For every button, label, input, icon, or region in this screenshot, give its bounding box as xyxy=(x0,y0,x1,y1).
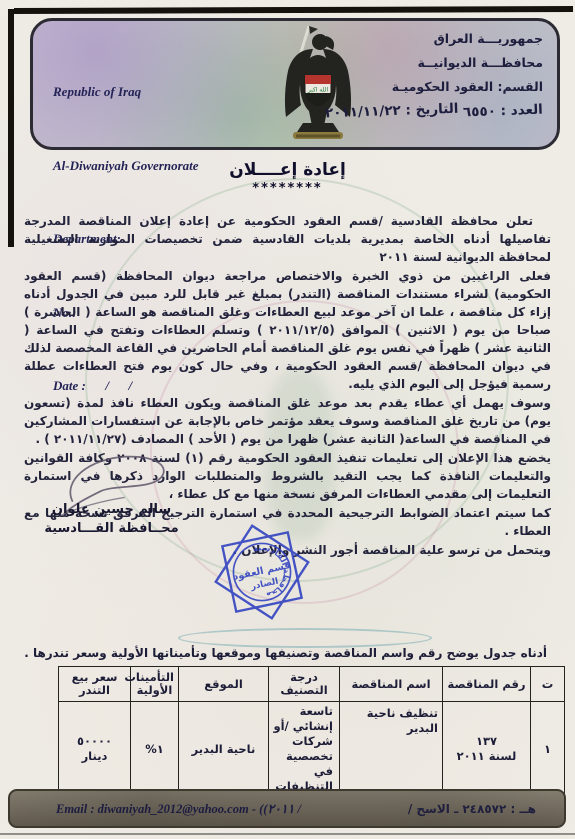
page-title: إعادة إعــــلان xyxy=(0,160,575,180)
body-paragraph: تعلن محافظة القادسية /قسم العقود الحكومي… xyxy=(24,212,551,266)
scan-artifact-bottom-line xyxy=(0,833,575,835)
scan-artifact-top-edge xyxy=(14,6,573,14)
signature-block: سالم حسين علوان محــافظة القـــادسية xyxy=(34,500,189,538)
table-row: ١ ١٣٧ لسنة ٢٠١١ تنظيف ناحية البدير تاسعة… xyxy=(59,702,565,797)
body-paragraph: وسوف يهمل أي عطاء يقدم بعد موعد غلق المن… xyxy=(24,394,551,448)
col-header-seq: ت xyxy=(531,667,565,702)
letterhead-ar-governorate: محافظـــة الديوانيــة xyxy=(325,51,543,75)
table-header-row: ت رقم المناقصة اسم المناقصة درجة التصنيف… xyxy=(59,667,565,702)
scanned-document-page: Republic of Iraq Al-Diwaniyah Governorat… xyxy=(0,0,575,839)
col-header-initial-deposit: التأمينات الأولية xyxy=(131,667,179,702)
cell-initial-deposit: ١% xyxy=(131,702,179,797)
document-number: العدد : ٦٥٥٠ xyxy=(463,98,544,125)
letterhead-arabic: جمهوريـــة العراق محافظـــة الديوانيــة … xyxy=(325,27,543,123)
cell-tender-price: ٥٠٠٠٠ دينار xyxy=(59,702,131,797)
cell-location: ناحية البدير xyxy=(179,702,269,797)
col-header-tender-number: رقم المناقصة xyxy=(443,667,531,702)
signatory-name: سالم حسين علوان xyxy=(34,500,189,519)
col-header-location: الموقع xyxy=(179,667,269,702)
tender-number-value: ١٣٧ xyxy=(447,734,526,749)
scan-artifact-left-edge xyxy=(8,9,14,247)
cell-seq: ١ xyxy=(531,702,565,797)
table-intro-line: أدناه جدول يوضح رقم واسم المناقصة وتصنيف… xyxy=(24,646,547,660)
tenders-table: ت رقم المناقصة اسم المناقصة درجة التصنيف… xyxy=(58,666,565,797)
letterhead-en-republic: Republic of Iraq xyxy=(53,80,199,105)
cell-tender-number: ١٣٧ لسنة ٢٠١١ xyxy=(443,702,531,797)
footer-phone: هــ : ٢٤٨٥٧٢ ـ الاسح / xyxy=(408,802,536,816)
letterhead-ar-republic: جمهوريـــة العراق xyxy=(325,27,543,51)
col-header-tender-name: اسم المناقصة xyxy=(340,667,443,702)
tender-number-year: لسنة ٢٠١١ xyxy=(447,749,526,764)
footer-contact-bar: Email : diwaniyah_2012@yahoo.com - ((٢٠١… xyxy=(8,789,566,828)
letterhead-ar-department: القسم: العقود الحكوميـة xyxy=(325,75,543,99)
title-stars-divider: ******** xyxy=(0,181,575,196)
signatory-title: محــافظة القـــادسية xyxy=(34,519,189,538)
letterhead-box: Republic of Iraq Al-Diwaniyah Governorat… xyxy=(30,18,560,150)
cell-classification: تاسعة إنشائي /أو شركات تخصصية في التنظيف… xyxy=(269,702,340,797)
col-header-classification: درجة التصنيف xyxy=(269,667,340,702)
footer-email: Email : diwaniyah_2012@yahoo.com - ((٢٠١… xyxy=(56,801,301,817)
col-header-tender-price: سعر بيع التندر xyxy=(59,667,131,702)
document-date: التاريخ : ٢٠١١/١١/٢٢ xyxy=(325,97,459,126)
cell-tender-name: تنظيف ناحية البدير xyxy=(340,702,443,797)
official-stamp-icon: محافظة القادسية قسم العقود الصادر xyxy=(192,502,332,642)
body-paragraph: فعلى الراغبين من ذوي الخبرة والاختصاص مر… xyxy=(24,267,551,393)
